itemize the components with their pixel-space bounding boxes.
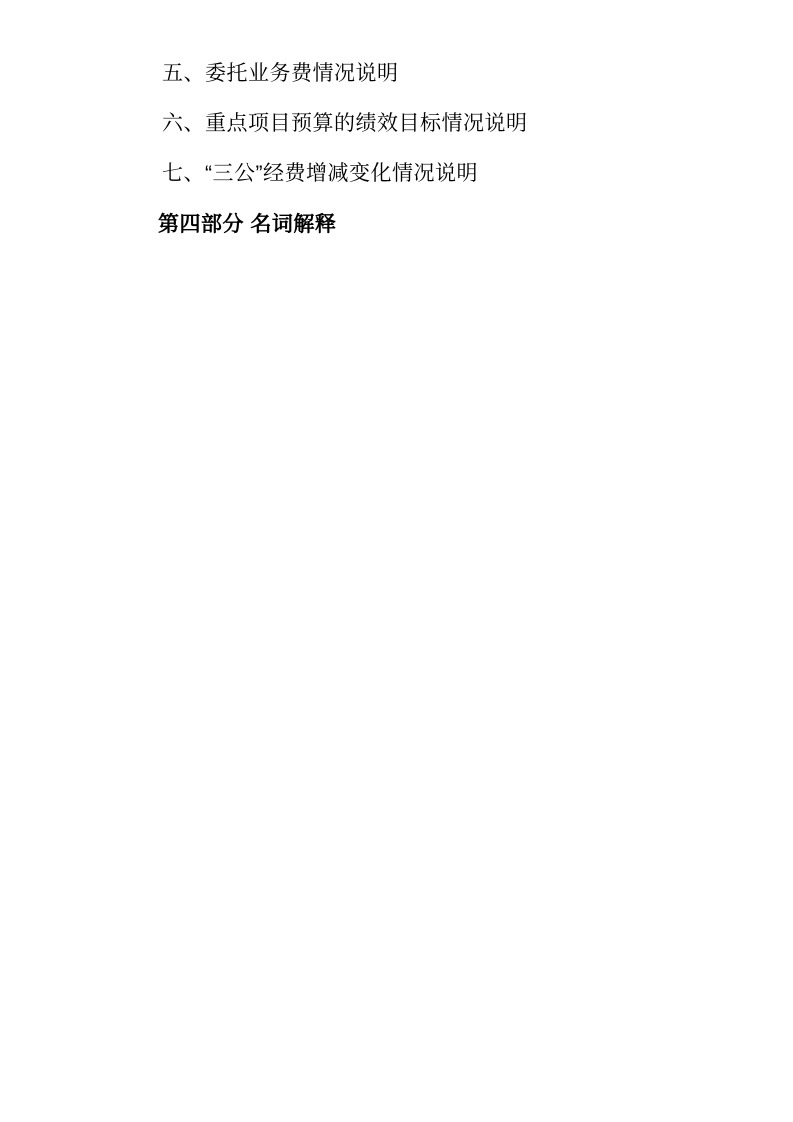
section-heading-part4: 第四部分 名词解释 bbox=[158, 213, 528, 236]
document-content: 五、委托业务费情况说明 六、重点项目预算的绩效目标情况说明 七、“三公”经费增减… bbox=[158, 63, 528, 236]
toc-item-6: 六、重点项目预算的绩效目标情况说明 bbox=[158, 113, 528, 135]
toc-item-7: 七、“三公”经费增减变化情况说明 bbox=[158, 163, 528, 185]
document-page: 五、委托业务费情况说明 六、重点项目预算的绩效目标情况说明 七、“三公”经费增减… bbox=[0, 0, 793, 1122]
toc-item-5: 五、委托业务费情况说明 bbox=[158, 63, 528, 85]
